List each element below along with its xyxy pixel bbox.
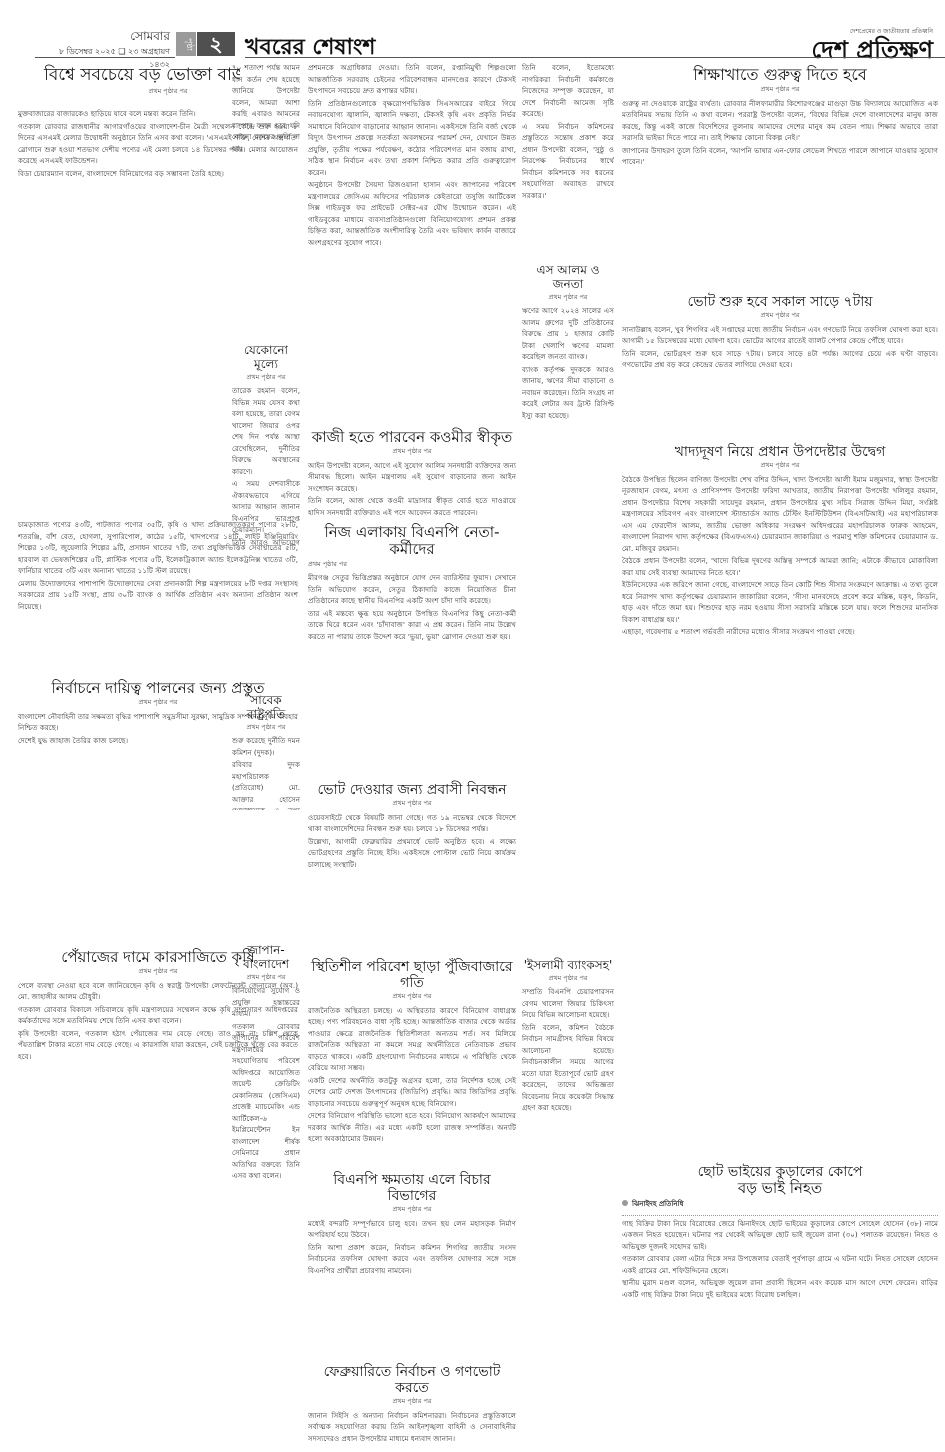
- continued-label: প্রথম পৃষ্ঠার পর: [308, 559, 516, 571]
- paragraph: শুরু করেছে দুর্নীতি দমন কমিশন (দুদক)।: [232, 735, 300, 758]
- paragraph: তিনি বলেন, ইতোমধ্যে নাগরিকরা নির্বাচনী ক…: [522, 62, 614, 120]
- paragraph: বৈঠকে প্রধান উপদেষ্টা বলেন, 'খাদ্যে বিভি…: [622, 555, 938, 578]
- paragraph: জানান সিইসি ও অন্যান্য নির্বাচন কমিশনারর…: [308, 1410, 516, 1445]
- continued-label: প্রথম পৃষ্ঠার পর: [522, 292, 614, 304]
- paragraph: গুরুত্ব না দেওয়াকে রাষ্ট্রের ব্যর্থতা। …: [622, 98, 938, 144]
- headline-line-1: ছোট ভাইয়ের কুড়ালের কোপে: [622, 1164, 938, 1180]
- article-boro-bhai-nihoto: ছোট ভাইয়ের কুড়ালের কোপে বড় ভাই নিহত ঝ…: [622, 1160, 938, 1450]
- paragraph: সম্প্রতি বিএনপি চেয়ারপারসন বেগম খালেদা …: [522, 986, 614, 1021]
- paragraph: তিনি বলেন, কমিশন বৈঠকে নির্বাচন সামগ্রীস…: [522, 1022, 614, 1114]
- headline: এস আলম ও জনতা: [522, 264, 614, 292]
- continued-label: প্রথম পৃষ্ঠার পর: [18, 86, 240, 98]
- paragraph: ইউনিসেফের এক জরিপে জানা গেছে, বাংলাদেশে …: [622, 579, 938, 625]
- paragraph: সানাউল্লাহ বলেন, খুব শিগগির এই সপ্তাহের …: [622, 324, 938, 347]
- paragraph: তিনি বলেন, ভোটগ্রহণ শুরু হবে সাড়ে ৭টায়…: [622, 348, 938, 371]
- headline: 'ইসলামী ব্যাংকসহ': [522, 959, 614, 973]
- paragraph: গতকাল রোববার বেলা এটার দিকে সদর উপজেলার …: [622, 1253, 938, 1276]
- continued-label: প্রথম পৃষ্ঠার পর: [308, 446, 516, 458]
- article-shilpo: প্রশমনকে অগ্রাধিকার দেওয়া। তিনি বলেন, র…: [308, 62, 516, 432]
- paragraph: উল্লেখ্য, আগামী ফেব্রুয়ারির প্রথমার্ধে …: [308, 836, 516, 871]
- paragraph: বিনিয়োগের সুযোগ ও প্রযুক্তি হস্তান্তরের…: [232, 985, 300, 1020]
- headline: ভোট শুরু হবে সকাল সাড়ে ৭টায়: [622, 294, 938, 310]
- article-bichar-bibhag: বিএনপি ক্ষমতায় এলে বিচার বিভাগের প্রথম …: [308, 1168, 516, 1358]
- headline: জাপান-বাংলাদেশ: [232, 944, 300, 972]
- article-shikkha-khat: শিক্ষাখাতে গুরুত্ব দিতে হবে প্রথম পৃষ্ঠা…: [622, 62, 938, 277]
- headline: সাবেক রাষ্ট্রপতি: [232, 694, 300, 722]
- page-masthead: সোমবার ৮ ডিসেম্বর ২০২৫ ❑ ২৩ অগ্রহায়ণ ১৪…: [0, 0, 945, 50]
- continued-label: প্রথম পৃষ্ঠার পর: [308, 991, 516, 1003]
- page-label: পৃষ্ঠা: [176, 32, 196, 56]
- paragraph: জাপানের উদাহরণ তুলে তিনি বলেন, 'আপনি ভাষ…: [622, 145, 938, 168]
- paragraph: মেলায় উদ্যোক্তাদের পাশাপাশি উদ্যোক্তাদে…: [18, 578, 298, 613]
- continued-label: প্রথম পৃষ্ঠার পর: [308, 798, 516, 810]
- paragraph: ওয়েবসাইটে থেকে বিষয়টি জানা গেছে। গত ১৯…: [308, 812, 516, 835]
- paragraph: রবিবার দুদক মহাপরিচালক (প্রতিরোধ) মো. আক…: [232, 759, 300, 810]
- headline: যেকোনো মূল্যে: [232, 344, 300, 372]
- article-sabek-rashtrapati: সাবেক রাষ্ট্রপতি প্রথম পৃষ্ঠার পর শুরু ক…: [232, 690, 300, 810]
- article-kazi-qawmi: কাজী হতে পারবেন কওমীর স্বীকৃত প্রথম পৃষ্…: [308, 425, 516, 515]
- headline: ভোট দেওয়ার জন্য প্রবাসী নিবন্ধন: [308, 782, 516, 798]
- continued-label: প্রথম পৃষ্ঠার পর: [622, 84, 938, 96]
- continued-label: প্রথম পৃষ্ঠার পর: [308, 1204, 516, 1216]
- byline-text: ঝিনাইদহ প্রতিনিধি: [632, 1200, 684, 1208]
- logo-name: দেশ প্রতিক্ষণ: [811, 37, 933, 63]
- article-nij-elakay: নিজ এলাকায় বিএনপি নেতা-কর্মীদের প্রথম প…: [308, 520, 516, 720]
- article-khaddo-dushon: খাদ্যদূষণ নিয়ে প্রধান উপদেষ্টার উদ্বেগ …: [622, 440, 938, 1155]
- byline: ঝিনাইদহ প্রতিনিধি: [622, 1199, 938, 1216]
- headline: খাদ্যদূষণ নিয়ে প্রধান উপদেষ্টার উদ্বেগ: [622, 444, 938, 460]
- paragraph: ঋণের আগে ২০২৪ সালের এস আলম গ্রুপের দুটি …: [522, 305, 614, 363]
- page-number: ২: [197, 32, 235, 56]
- headline: ফেব্রুয়ারিতে নির্বাচন ও গণভোট করতে: [308, 1364, 516, 1396]
- paragraph: এ সময় নির্বাচন কমিশনের প্রস্তুতিতে সন্ত…: [522, 121, 614, 202]
- article-japan-bangladesh: জাপান-বাংলাদেশ প্রথম পৃষ্ঠার পর বিনিয়োগ…: [232, 940, 300, 1440]
- paragraph: তিনি বলেন, আজ থেকে কওমী মাদ্রাসার স্বীকৃ…: [308, 495, 516, 515]
- headline: কাজী হতে পারবেন কওমীর স্বীকৃত: [308, 429, 516, 446]
- continued-label: প্রথম পৃষ্ঠার পর: [232, 372, 300, 384]
- continued-label: প্রথম পৃষ্ঠার পর: [622, 310, 938, 322]
- headline: নিজ এলাকায় বিএনপি নেতা-কর্মীদের: [308, 524, 516, 559]
- headline: স্থিতিশীল পরিবেশ ছাড়া পুঁজিবাজারে গতি: [308, 959, 516, 991]
- paragraph: এছাড়া, গবেষণায় ৫ শতাংশ গর্ভবতী নারীদের…: [622, 626, 938, 638]
- article-vokta-bazar: বিশ্বে সবচেয়ে বড় ভোক্তা বাজার হবে প্রথ…: [18, 66, 240, 97]
- paragraph: একটি দেশের অর্থনীতি কতটুকু অগ্রসর হলো, ত…: [308, 1075, 516, 1110]
- paragraph: তিনি আরও অভিযোগ করেন, প্রতিটি ক্ষেত্রে এ…: [232, 537, 300, 550]
- article-vote-shuru: ভোট শুরু হবে সকাল সাড়ে ৭টায় প্রথম পৃষ্…: [622, 290, 938, 440]
- article-jekono-mulle: যেকোনো মূল্যে প্রথম পৃষ্ঠার পর তারেক রহম…: [232, 340, 300, 550]
- paragraph: গাছ বিক্রির টাকা নিয়ে বিরোধের জেরে ঝিনা…: [622, 1218, 938, 1253]
- paragraph: রাজনৈতিক অস্থিরতা চলছে। এ অস্থিরতার কারণ…: [308, 1005, 516, 1074]
- bullet-icon: [622, 1200, 628, 1206]
- paragraph: মধ্যেই বন্দরটি সম্পূর্ণভাবে চালু হবে। তখ…: [308, 1218, 516, 1241]
- article-sthitishil: স্থিতিশীল পরিবেশ ছাড়া পুঁজিবাজারে গতি প…: [308, 955, 516, 1165]
- continued-label: প্রথম পৃষ্ঠার পর: [232, 972, 300, 984]
- paragraph: মীরগঞ্জ সেতুর ভিত্তিপ্রস্তর অনুষ্ঠানে যো…: [308, 572, 516, 607]
- paragraph: এ সময় দেশবাসীকে ঐক্যবদ্ধভাবে এগিয়ে আসা…: [232, 478, 300, 536]
- paragraph: তারেক রহমান বলেন, বিভিন্ন সময় যেসব কথা …: [232, 385, 300, 477]
- article-islami-bank: 'ইসলামী ব্যাংকসহ' প্রথম পৃষ্ঠার পর সম্প্…: [522, 955, 614, 1445]
- paragraph: দেশের বিনিয়োগ পরিস্থিতি ভালো হতে হবে। ব…: [308, 1110, 516, 1145]
- continued-label: প্রথম পৃষ্ঠার পর: [232, 722, 300, 734]
- paragraph: অনুষ্ঠানে উপদেষ্টা সৈয়দা রিজওয়ানা হাসা…: [308, 179, 516, 248]
- headline: শিক্ষাখাতে গুরুত্ব দিতে হবে: [622, 66, 938, 84]
- paragraph: ব্যাংক কর্তৃপক্ষ দুদককে আরও জানায়, ঋণের…: [522, 364, 614, 422]
- continued-label: প্রথম পৃষ্ঠার পর: [308, 1396, 516, 1408]
- paragraph: তার এই মন্তব্যে ক্ষুব্ধ হয়ে অনুষ্ঠানে উ…: [308, 608, 516, 643]
- article-february-nirbachon: ফেব্রুয়ারিতে নির্বাচন ও গণভোট করতে প্রথ…: [308, 1360, 516, 1450]
- headline: বড় ভাই নিহত: [622, 1180, 938, 1197]
- divider: [35, 57, 175, 58]
- article-nagarik-nirbachon: তিনি বলেন, ইতোমধ্যে নাগরিকরা নির্বাচনী ক…: [522, 62, 614, 252]
- headline: বিশ্বে সবচেয়ে বড় ভোক্তা বাজার হবে: [18, 66, 240, 86]
- paragraph: আইন উপদেষ্টা বলেন, আগে এই সুযোগ আলিম সনদ…: [308, 460, 516, 495]
- paragraph: প্রশমনকে অগ্রাধিকার দেওয়া। তিনি বলেন, র…: [308, 62, 516, 97]
- paragraph: গতকাল রোববার জাপানের পরিবেশ মন্ত্রণালয়ে…: [232, 1021, 300, 1182]
- weekday: সোমবার: [130, 28, 170, 48]
- paragraph: বৈঠকে উপস্থিত ছিলেন বাণিজ্য উপদেষ্টা শেখ…: [622, 474, 938, 555]
- continued-label: প্রথম পৃষ্ঠার পর: [622, 460, 938, 472]
- article-jekono-mulle-top: ৭০ শতাংশ পর্যন্ত আমন ধান কর্তন শেষ হয়েছ…: [232, 62, 300, 352]
- headline: বিএনপি ক্ষমতায় এলে বিচার বিভাগের: [308, 1172, 516, 1204]
- paragraph: তিনি আশা প্রকাশ করেন, নির্বাচন কমিশন শিগ…: [308, 1242, 516, 1277]
- article-probashi-nibondhon: ভোট দেওয়ার জন্য প্রবাসী নিবন্ধন প্রথম প…: [308, 778, 516, 938]
- paragraph: স্থানীয় মুরাদ মণ্ডল বলেন, অভিযুক্ত জুয়…: [622, 1277, 938, 1300]
- divider: [245, 57, 945, 58]
- paragraph: তিনি প্রতিষ্ঠানগুলোকে বৃক্ষরোপণভিত্তিক স…: [308, 98, 516, 179]
- paragraph: ৭০ শতাংশ পর্যন্ত আমন ধান কর্তন শেষ হয়েছ…: [232, 62, 300, 154]
- continued-label: প্রথম পৃষ্ঠার পর: [522, 973, 614, 985]
- article-s-alam: এস আলম ও জনতা প্রথম পৃষ্ঠার পর ঋণের আগে …: [522, 260, 614, 820]
